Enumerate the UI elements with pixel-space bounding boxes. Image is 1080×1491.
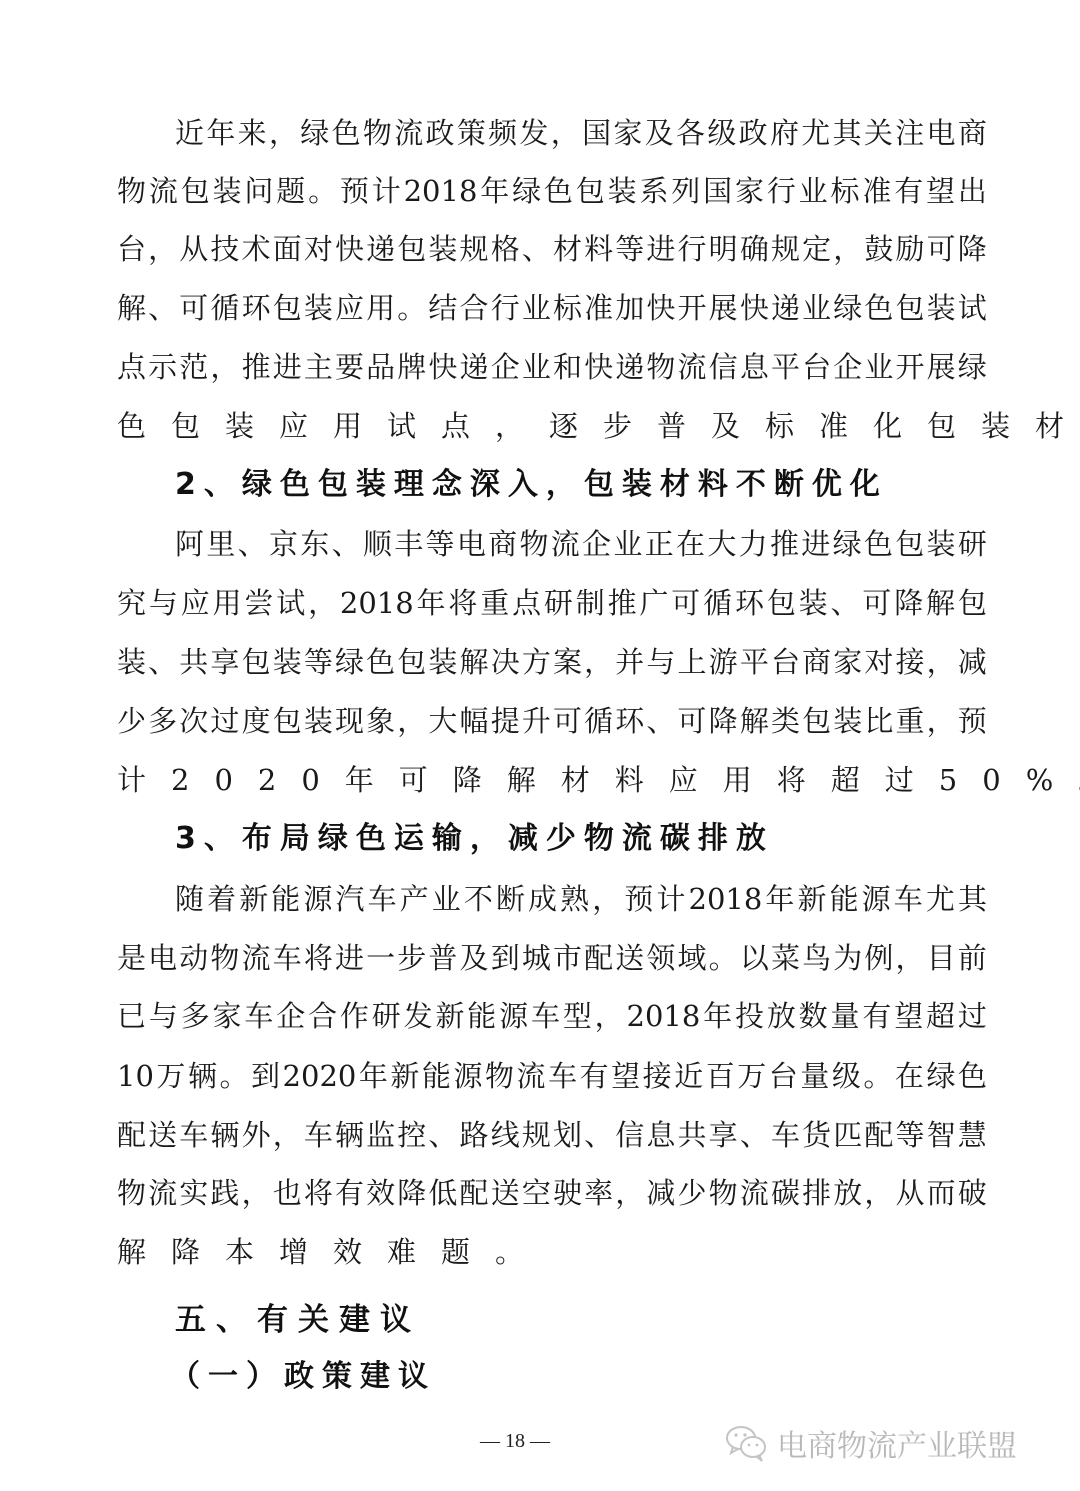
paragraph-3-line-7: 解降本增效难题。 [117, 1232, 987, 1272]
wechat-icon [725, 1423, 769, 1463]
paragraph-3-line-4: 10万辆。到2020年新能源物流车有望接近百万台量级。在绿色 [117, 1056, 987, 1096]
paragraph-3-line-3: 已与多家车企合作研发新能源车型，2018年投放数量有望超过 [117, 996, 987, 1036]
paragraph-3-line-2: 是电动物流车将进一步普及到城市配送领域。以菜鸟为例，目前 [117, 938, 987, 978]
paragraph-2-line-1: 阿里、京东、顺丰等电商物流企业正在大力推进绿色包装研 [175, 524, 987, 564]
paragraph-1-line-3: 台，从技术面对快递包装规格、材料等进行明确规定，鼓励可降 [117, 229, 987, 269]
section-heading-2: 2、绿色包装理念深入，包装材料不断优化 [175, 465, 888, 505]
paragraph-1-line-6: 色包装应用试点，逐步普及标准化包装材料。 [117, 406, 987, 446]
paragraph-2-line-2: 究与应用尝试，2018年将重点研制推广可循环包装、可降解包 [117, 583, 987, 623]
section-heading-3: 3、布局绿色运输，减少物流碳排放 [175, 819, 774, 859]
paragraph-3-line-5: 配送车辆外，车辆监控、路线规划、信息共享、车货匹配等智慧 [117, 1115, 987, 1155]
watermark-text: 电商物流产业联盟 [777, 1421, 1017, 1465]
paragraph-2-line-5: 计2020年可降解材料应用将超过50%。 [117, 760, 987, 800]
watermark: 电商物流产业联盟 [725, 1422, 1017, 1464]
paragraph-1-line-5: 点示范，推进主要品牌快递企业和快递物流信息平台企业开展绿 [117, 347, 987, 387]
paragraph-3-line-6: 物流实践，也将有效降低配送空驶率，减少物流碳排放，从而破 [117, 1173, 987, 1213]
document-page: 近年来，绿色物流政策频发，国家及各级政府尤其关注电商 物流包装问题。预计2018… [0, 0, 1080, 1491]
paragraph-1-line-4: 解、可循环包装应用。结合行业标准加快开展快递业绿色包装试 [117, 288, 987, 328]
page-number: — 18 — [480, 1428, 550, 1454]
paragraph-2-line-3: 装、共享包装等绿色包装解决方案，并与上游平台商家对接，减 [117, 642, 987, 682]
paragraph-1-line-2: 物流包装问题。预计2018年绿色包装系列国家行业标准有望出 [117, 171, 987, 211]
paragraph-1-line-1: 近年来，绿色物流政策频发，国家及各级政府尤其关注电商 [175, 113, 987, 153]
paragraph-3-line-1: 随着新能源汽车产业不断成熟，预计2018年新能源车尤其 [175, 879, 987, 919]
section-heading-5: 五、有关建议 [175, 1300, 421, 1340]
paragraph-2-line-4: 少多次过度包装现象，大幅提升可循环、可降解类包装比重，预 [117, 701, 987, 741]
subsection-heading-policy: （一）政策建议 [170, 1357, 436, 1397]
